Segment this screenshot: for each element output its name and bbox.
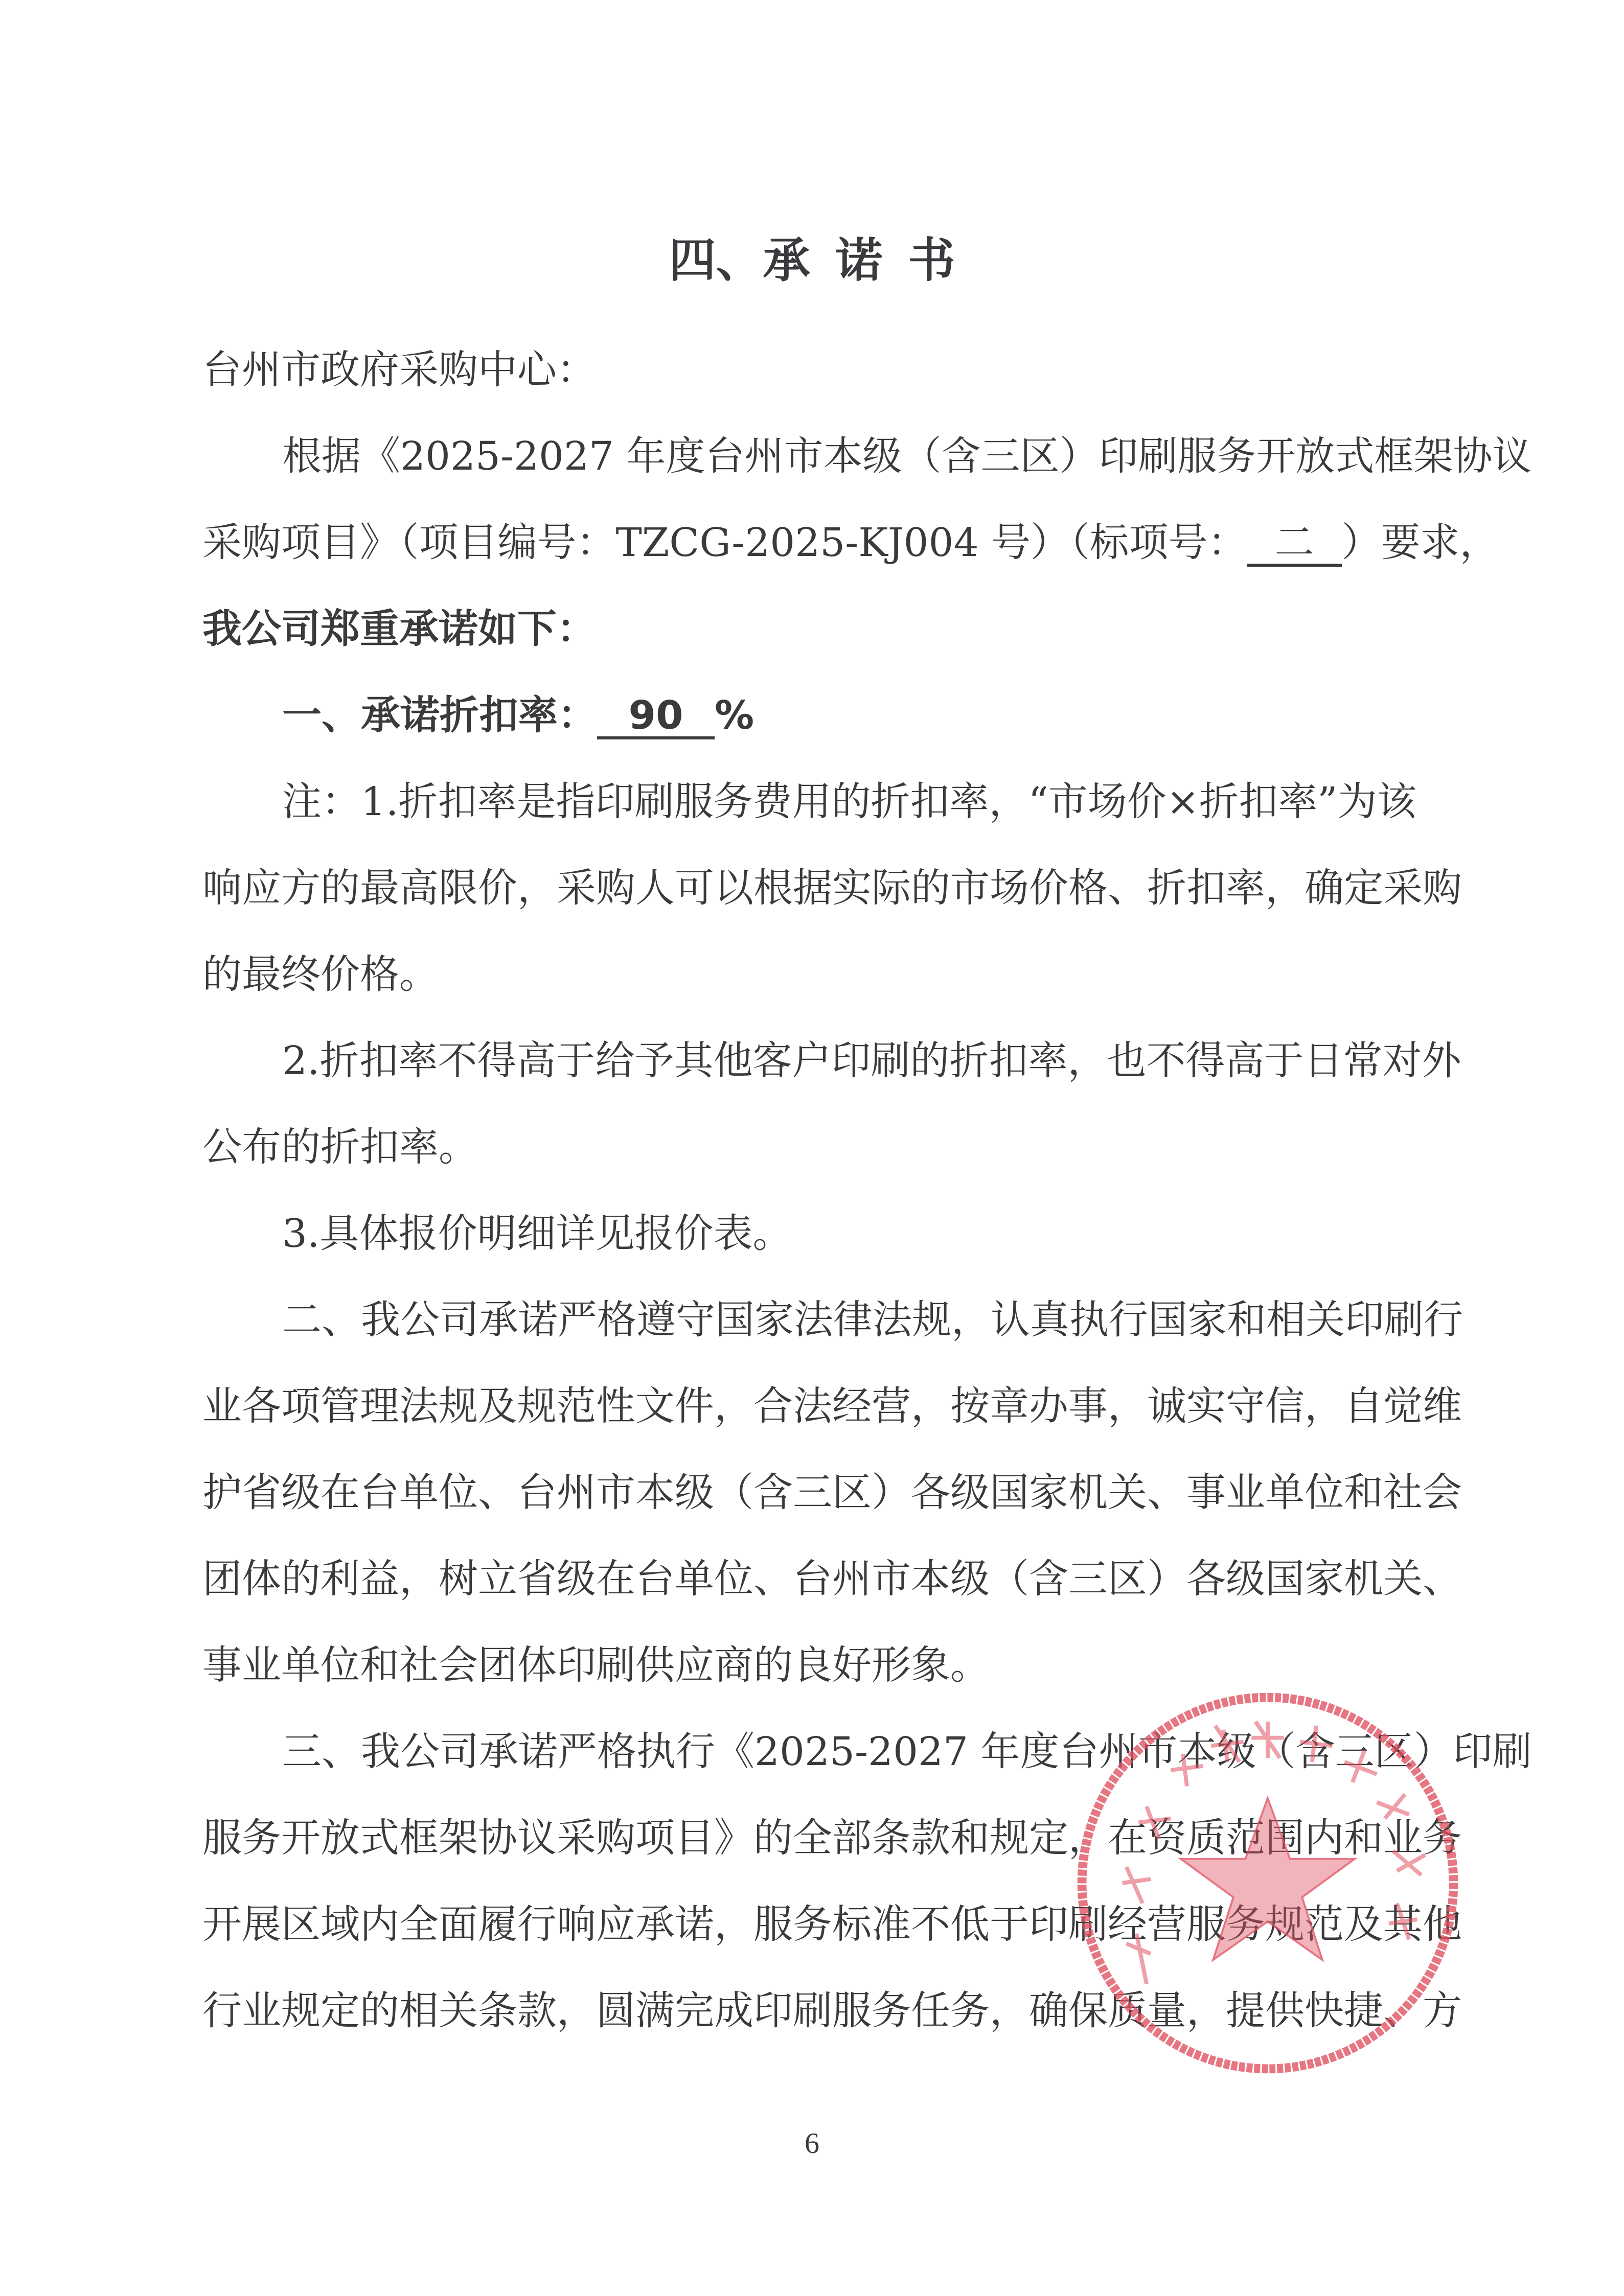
addressee: 台州市政府采购中心： — [202, 327, 1455, 413]
title-part-1: 四、承 — [669, 233, 810, 288]
note-1-line-1: 注：1.折扣率是指印刷服务费用的折扣率，“市场价×折扣率”为该 — [202, 759, 1455, 845]
clause-2-line-4: 团体的利益，树立省级在台单位、台州市本级（含三区）各级国家机关、 — [202, 1536, 1455, 1622]
note-2-line-2: 公布的折扣率。 — [202, 1104, 1455, 1191]
clause-3-line-2: 服务开放式框架协议采购项目》的全部条款和规定，在资质范围内和业务 — [202, 1795, 1455, 1882]
clause-2-line-2: 业各项管理法规及规范性文件，合法经营，按章办事，诚实守信，自觉维 — [202, 1363, 1455, 1450]
note-1-line-3: 的最终价格。 — [202, 932, 1455, 1018]
intro-line-2-after: ）要求， — [1342, 520, 1499, 566]
discount-rate-field: 90 — [597, 695, 715, 739]
clause-2-line-5: 事业单位和社会团体印刷供应商的良好形象。 — [202, 1622, 1455, 1709]
clause-2-line-3: 护省级在台单位、台州市本级（含三区）各级国家机关、事业单位和社会 — [202, 1450, 1455, 1536]
clause-1-discount: 一、承诺折扣率：90% — [202, 672, 1455, 759]
clause-2-line-1: 二、我公司承诺严格遵守国家法律法规，认真执行国家和相关印刷行 — [202, 1277, 1455, 1363]
intro-line-2: 采购项目》（项目编号：TZCG-2025-KJ004 号）（标项号：二）要求， — [202, 500, 1455, 586]
note-1-line-2: 响应方的最高限价，采购人可以根据实际的市场价格、折扣率，确定采购 — [202, 845, 1455, 932]
clause-3-line-4: 行业规定的相关条款，圆满完成印刷服务任务，确保质量，提供快捷、方 — [202, 1968, 1455, 2054]
title-part-3: 书 — [908, 233, 955, 288]
discount-label: 一、承诺折扣率： — [282, 693, 597, 738]
title-part-2: 诺 — [835, 233, 882, 288]
clause-3-line-1: 三、我公司承诺严格执行《2025-2027 年度台州市本级（含三区）印刷 — [202, 1709, 1455, 1795]
document-page: 四、承诺书 台州市政府采购中心： 根据《2025-2027 年度台州市本级（含三… — [0, 0, 1624, 2296]
commitment-lead: 我公司郑重承诺如下： — [202, 586, 1455, 672]
page-number: 6 — [0, 2126, 1624, 2160]
intro-line-1: 根据《2025-2027 年度台州市本级（含三区）印刷服务开放式框架协议 — [202, 413, 1455, 500]
note-2-line-1: 2.折扣率不得高于给予其他客户印刷的折扣率，也不得高于日常对外 — [202, 1018, 1455, 1104]
intro-line-2-before: 采购项目》（项目编号：TZCG-2025-KJ004 号）（标项号： — [202, 520, 1247, 566]
clause-3-line-3: 开展区域内全面履行响应承诺，服务标准不低于印刷经营服务规范及其他 — [202, 1882, 1455, 1968]
note-3-line-1: 3.具体报价明细详见报价表。 — [202, 1191, 1455, 1277]
page-title: 四、承诺书 — [0, 225, 1624, 296]
lot-number-field: 二 — [1247, 523, 1342, 567]
document-body: 台州市政府采购中心： 根据《2025-2027 年度台州市本级（含三区）印刷服务… — [202, 327, 1455, 2054]
discount-unit: % — [715, 693, 754, 738]
